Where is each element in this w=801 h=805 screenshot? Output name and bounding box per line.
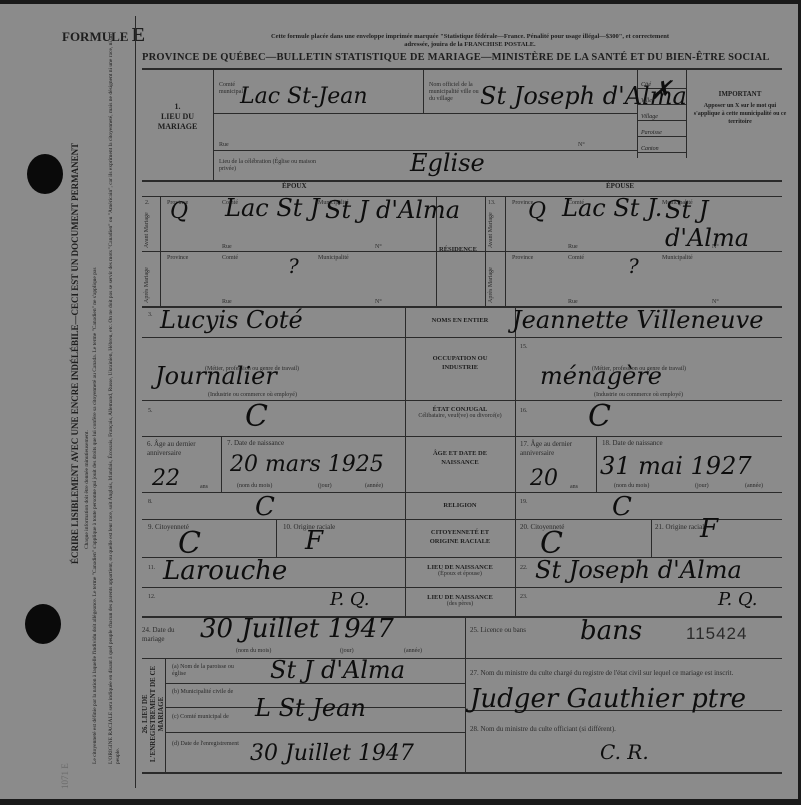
epoux-religion-number: 8. [148,499,153,506]
type-paroisse[interactable]: Paroisse [641,125,662,141]
epouse-annee-label: (année) [745,483,763,490]
epoux-avant-label: Avant Mariage [144,212,151,248]
side-note-2: Le citoyenneté est définie par la nation… [92,24,99,764]
officiant-label: 28. Nom du ministre du culte officiant (… [470,726,616,733]
important-text: Apposer un X sur le mot qui s'applique à… [692,102,788,126]
punch-hole-top [27,154,63,194]
epoux-age-label: 6. Âge au dernier anniversaire [147,440,217,458]
epoux-date-label-text: Date de naissance [234,439,284,447]
epouse-ans-label: ans [570,484,578,491]
registre-a-value[interactable]: St J d'Alma [270,656,405,684]
licence-label: 25. Licence ou bans [470,626,530,635]
date-mariage-value[interactable]: 30 Juillet 1947 [200,614,394,644]
epouse-date-label-text: Date de naissance [613,439,663,447]
epouse-jour-label: (jour) [695,483,709,490]
type-canton[interactable]: Canton [641,141,662,157]
licence-label-text: Licence ou bans [481,626,526,634]
epouse-nom-value[interactable]: Jeannette Villeneuve [512,306,763,334]
lieu-du-mariage-label: 1. LIEU DU MARIAGE [150,102,205,132]
epouse-apres-comte-value[interactable]: ? [628,254,639,278]
epouse-age-value[interactable]: 20 [530,466,558,491]
type-village[interactable]: Village [641,109,662,125]
label-lieu-peres-sub: (des pères) [405,601,515,608]
epoux-apres-no-label: N° [375,299,382,306]
licence-serial-number: 115424 [686,624,747,644]
epoux-occupation-value[interactable]: Journalier [155,362,277,390]
epoux-lieu-value[interactable]: Larouche [163,556,287,586]
epouse-no-label: N° [712,244,719,251]
marriage-certificate: FORMULE E ÉCRIRE LISIBLEMENT AVEC UNE EN… [0,4,798,799]
epouse-date-number: 18. [602,439,611,447]
epouse-age-label: 17. Âge au dernier anniversaire [520,440,592,458]
epouse-residence-number: 13. [488,200,496,207]
label-religion: RELIGION [405,502,515,509]
ministre-label: 27. Nom du ministre du culte chargé du r… [470,669,780,678]
important-title: IMPORTANT [692,90,788,98]
epoux-header: ÉPOUX [282,182,307,190]
epoux-annee-label: (année) [365,483,383,490]
celebration-value[interactable]: Eglise [410,149,485,177]
punch-hole-bottom [25,604,61,644]
epouse-date-label: 18. Date de naissance [602,440,663,447]
date-mariage-number: 24. [142,626,151,634]
epoux-religion-value[interactable]: C [255,492,275,522]
date-mariage-mois-label: (nom du mois) [236,648,271,655]
epoux-province-value[interactable]: Q [170,199,188,224]
epouse-apres-no-label: N° [712,299,719,306]
epouse-apres-province-label: Province [512,255,533,262]
form-title: PROVINCE DE QUÉBEC—BULLETIN STATISTIQUE … [142,52,792,63]
epoux-municipalite-value[interactable]: St J d'Alma [325,196,460,224]
side-note-3: L'ORIGINE RACIALE sera indiquée en disan… [108,24,122,764]
officiant-value[interactable]: C. R. [600,740,649,764]
epouse-occupation-value[interactable]: ménagère [540,362,662,390]
label-etat-sub: Célibataire, veuf(ve) ou divorcé(e) [405,413,515,420]
label-etat-title: ÉTAT CONJUGAL [405,406,515,413]
epouse-orig-number: 21. [655,523,664,531]
no-label: N° [578,142,585,149]
header-notice: Cette formule placée dans une enveloppe … [150,33,790,49]
epouse-apres-rue-label: Rue [568,299,578,306]
epoux-apres-comte-label: Comté [222,255,238,262]
important-box: IMPORTANT Apposer un X sur le mot qui s'… [692,90,788,126]
epoux-age-number: 6. [147,440,152,448]
notice-line-2: adressée, jouira de la FRANCHISE POSTALE… [150,41,790,49]
epouse-lieu-pere-value[interactable]: P. Q. [718,589,758,610]
epoux-orig-number: 10. [283,523,292,531]
officiant-label-text: Nom du ministre du culte officiant (si d… [481,725,616,733]
epoux-nom-number: 3. [148,312,153,319]
residence-label: RÉSIDENCE [439,246,477,253]
epouse-religion-number: 19. [520,499,528,506]
label-lieu-epoux-sub: (Époux et épouse) [405,571,515,578]
epouse-mois-label: (nom du mois) [614,483,649,490]
epoux-apres-rue-label: Rue [222,299,232,306]
epouse-etat-value[interactable]: C [588,399,611,434]
epoux-ans-label: ans [200,484,208,491]
epoux-apres-municipalite-label: Municipalité [318,255,349,262]
epouse-etat-number: 16. [520,408,528,415]
epouse-apres-label: Après Mariage [488,267,495,303]
ministre-label-text: Nom du ministre du culte chargé du regis… [481,669,734,677]
epoux-cit-number: 9. [148,523,153,531]
epoux-industrie-label: (Industrie ou commerce où employé) [208,392,297,399]
epouse-province-value[interactable]: Q [528,199,546,224]
epouse-date-value[interactable]: 31 mai 1927 [600,452,752,480]
notice-line-1: Cette formule placée dans une enveloppe … [150,33,790,41]
celebration-label: Lieu de la célébration (Église ou maison… [219,159,329,173]
ministre-value[interactable]: Judger Gauthier ptre [470,684,746,714]
epoux-no-label: N° [375,244,382,251]
label-noms: NOMS EN ENTIER [405,317,515,324]
epoux-residence-number: 2. [145,200,150,207]
rue-label: Rue [219,142,229,149]
epoux-jour-label: (jour) [318,483,332,490]
epouse-rue-label: Rue [568,244,578,251]
ministre-number: 27. [470,669,479,677]
epoux-orig-value[interactable]: F [305,526,323,556]
registre-label: 26. LIEU DE L'ENREGISTREMENT DE CE MARIA… [141,658,165,770]
epouse-avant-label: Avant Mariage [488,212,495,248]
epoux-lieu-pere-number: 12. [148,594,156,601]
date-mariage-label: 24. Date du mariage [142,626,197,644]
section1-number: 1. [150,102,205,112]
label-lieu-peres: LIEU DE NAISSANCE (des pères) [405,594,515,608]
section1-label: LIEU DU MARIAGE [150,112,205,132]
epouse-lieu-pere-number: 23. [520,594,528,601]
stamp: 1071 E [60,763,70,789]
registre-c-value[interactable]: L St Jean [255,694,366,722]
municipalite-label: Nom officiel de la municipalité ville ou… [429,82,484,103]
epoux-lieu-number: 11. [148,565,155,572]
label-occupation: OCCUPATION OU INDUSTRIE [425,354,495,372]
epouse-lieu-number: 22. [520,565,528,572]
epoux-age-value[interactable]: 22 [152,466,180,491]
epoux-apres-label: Après Mariage [144,267,151,303]
epouse-lieu-value[interactable]: St Joseph d'Alma [535,556,742,584]
epouse-apres-comte-label: Comté [568,255,584,262]
epouse-religion-value[interactable]: C [612,492,632,522]
formule-letter: E [132,24,145,46]
epoux-date-value[interactable]: 20 mars 1925 [230,452,384,477]
licence-value[interactable]: bans [580,616,642,646]
registre-d-label: (d) Date de l'enregistrement [172,741,242,748]
epoux-rue-label: Rue [222,244,232,251]
epoux-mois-label: (nom du mois) [237,483,272,490]
epoux-etat-value[interactable]: C [245,399,268,434]
label-lieu-peres-title: LIEU DE NAISSANCE [405,594,515,601]
epouse-cit-number: 20. [520,523,529,531]
registre-a-label: (a) Nom de la paroisse ou église [172,664,242,678]
date-mariage-annee-label: (année) [404,648,422,655]
label-age: ÂGE ET DATE DE NAISSANCE [420,449,500,467]
comte-municipal-value[interactable]: Lac St-Jean [240,84,368,109]
licence-number-label: 25. [470,626,479,634]
epouse-comte-value[interactable]: Lac St J. [562,194,662,222]
epoux-apres-province-label: Province [167,255,188,262]
epouse-industrie-label: (Industrie ou commerce où employé) [594,392,683,399]
label-lieu-epoux: LIEU DE NAISSANCE (Époux et épouse) [405,564,515,578]
epoux-lieu-pere-value[interactable]: P. Q. [330,589,370,610]
formule-label: FORMULE E [62,24,145,47]
epoux-etat-number: 5. [148,408,153,415]
epoux-date-number: 7. [227,439,232,447]
label-etat: ÉTAT CONJUGAL Célibataire, veuf(ve) ou d… [405,406,515,420]
epoux-date-label: 7. Date de naissance [227,440,284,447]
date-mariage-jour-label: (jour) [340,648,354,655]
registre-d-value[interactable]: 30 Juillet 1947 [250,741,414,766]
epoux-comte-value[interactable]: Lac St J [225,194,320,222]
registre-c-label: (c) Comté municipal de [172,714,242,721]
epoux-nom-value[interactable]: Lucyis Coté [160,306,303,334]
epouse-header: ÉPOUSE [606,182,634,190]
officiant-number: 28. [470,725,479,733]
label-citoyennete: CITOYENNETÉ ET ORIGINE RACIALE [420,528,500,546]
epouse-age-number: 17. [520,440,529,448]
epoux-apres-comte-value[interactable]: ? [288,254,299,278]
side-heading: ÉCRIRE LISIBLEMENT AVEC UNE ENCRE INDÉLÉ… [70,143,80,564]
epouse-municipalite-value[interactable]: St J d'Alma [665,196,798,252]
epouse-apres-municipalite-label: Municipalité [662,255,693,262]
side-note-1: Chaque information doit être donnée minu… [84,430,90,549]
epoux-age-label-text: Âge au dernier anniversaire [147,440,196,457]
label-lieu-epoux-title: LIEU DE NAISSANCE [405,564,515,571]
epouse-occ-number: 15. [520,344,528,351]
x-mark-icon: ✗ [650,76,672,106]
epouse-orig-value[interactable]: F [700,514,718,544]
registre-b-label: (b) Municipalité civile de [172,689,242,696]
